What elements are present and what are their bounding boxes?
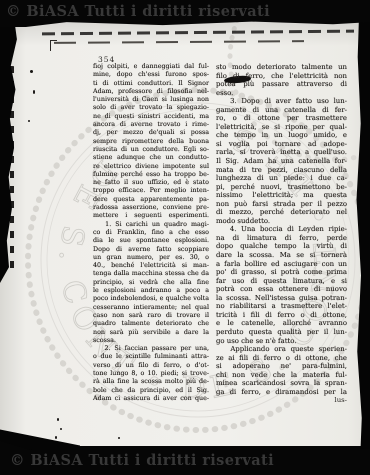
- scan-speck: [30, 70, 33, 73]
- text-line: mata di tre pezzi, ciascuno della: [216, 166, 347, 175]
- text-line: rà alla fine la scossa molto più de-: [93, 378, 209, 386]
- scanned-book-page: DE S. CONT ∙ DE S. CONT ∙ DE S. CONT ∙ 3…: [0, 0, 370, 475]
- scan-speck: [60, 428, 62, 430]
- text-line: gamente di una catenella di fer-: [216, 106, 347, 115]
- text-line: esso.: [216, 89, 347, 98]
- text-line: perduto questa qualità per il lun-: [216, 328, 347, 337]
- text-line: mettere i seguenti esperimenti.: [93, 212, 209, 220]
- text-line: 3. Dopo di aver fatto uso lun-: [216, 97, 347, 106]
- right-text-column: sto modo deteriorato talmente unfilo di …: [216, 63, 347, 396]
- text-line: principio, si vedrà che alla fine: [93, 279, 209, 287]
- copyright-notice-bottom: © BiASA Tutti i diritti riservati: [10, 452, 274, 469]
- text-line: pi, perché nuovi, trasmettono be-: [216, 183, 347, 192]
- text-line: sempre ripromettere della buona: [93, 138, 209, 146]
- scan-speck: [28, 120, 30, 122]
- text-line: verso di un filo di ferro, o d'ot-: [93, 362, 209, 370]
- text-line: o due le scintille fulminanti attra-: [93, 353, 209, 361]
- text-line: far uso di questa limatura, e si: [216, 277, 347, 286]
- text-line: 4. Una boccia di Leyden ripie-: [216, 225, 347, 234]
- text-line: caso non sarà raro di trovare il: [93, 312, 209, 320]
- text-line: Adam, professore di filosofia nel-: [93, 88, 209, 96]
- text-line: dia le sue spontanee esplosioni.: [93, 237, 209, 245]
- text-line: troppo efficace. Per meglio inten-: [93, 187, 209, 195]
- text-line: a farla bollire ed asciugare con un: [216, 260, 347, 269]
- text-line: cesseranno intieramente; nel qual: [93, 304, 209, 312]
- text-line: ze ai fili di ferro o di ottone, che: [216, 354, 347, 363]
- text-line: potea più passare attraverso di: [216, 80, 347, 89]
- text-line: dere questa apparentemente pa-: [93, 196, 209, 204]
- text-line: chi non vede che la materia ful-: [216, 371, 347, 380]
- text-line: minea scaricandosi sovra la spran-: [216, 379, 347, 388]
- text-line: Il Sig. Adam ha una catenella for-: [216, 157, 347, 166]
- text-line: tenga dalla macchina stessa che da: [93, 270, 209, 278]
- text-line: re elettrico diviene impotente sul: [93, 163, 209, 171]
- text-line: nissimo l'elettricità; ma questa: [216, 191, 347, 200]
- scan-speck: [55, 436, 57, 439]
- text-line: di mezzo, perché deteriorato nel: [216, 208, 347, 217]
- text-line: solo di aver trovato la spiegazio-: [93, 104, 209, 112]
- text-line: stiene adunque che un condutto-: [93, 154, 209, 162]
- text-line: Dopo di averne fatto scoppiare: [93, 246, 209, 254]
- text-line: filo di ferro, che l'elettricità non: [216, 72, 347, 81]
- copyright-notice-top: © BiASA Tutti i diritti riservati: [6, 3, 270, 20]
- scan-speck: [33, 90, 35, 94]
- text-line: potrà con essa ottenere di nuovo: [216, 285, 347, 294]
- text-line: Adam ci assicura di aver con que-: [93, 395, 209, 403]
- text-line: non può farsi strada per il pezzo: [216, 200, 347, 209]
- text-line: sto modo deteriorato talmente un: [216, 63, 347, 72]
- text-line: 1. Si carichi un quadro magi-: [93, 221, 209, 229]
- text-line: dj, per mezzo de'quali si possa: [93, 129, 209, 137]
- text-line: fulmine perché esso ha troppo be-: [93, 171, 209, 179]
- text-line: po' di grasso, si potrà come prima: [216, 268, 347, 277]
- text-line: ne di questi sinistri accidenti, ma: [93, 113, 209, 121]
- text-line: e le catenelle, allorché avranno: [216, 319, 347, 328]
- text-line: mine, dopo ch'essi furono spos-: [93, 71, 209, 79]
- scan-speck: [118, 437, 120, 439]
- text-line: non sarà più servibile a dare la scossa.: [93, 329, 209, 346]
- text-line: lunghezza di un piede: i due ca-: [216, 174, 347, 183]
- catchword: lus-: [216, 396, 347, 404]
- text-line: no riabilitarsi a trasmettere l'elet-: [216, 302, 347, 311]
- text-line: dare la scossa. Ma se si tornerà: [216, 251, 347, 260]
- text-line: si adoperano ne' para-fulmini,: [216, 362, 347, 371]
- text-line: rarla, si troverà inetta a quell'uso.: [216, 148, 347, 157]
- text-line: go uso che se n'è fatto.: [216, 337, 347, 346]
- text-line: ti di ottimi conduttori. Il Signor: [93, 80, 209, 88]
- text-line: quadro talmente deteriorato che: [93, 320, 209, 328]
- text-line: che tempo in un luogo umido, e: [216, 131, 347, 140]
- text-line: un gran numero, per es. 30, o: [93, 254, 209, 262]
- text-line: poco indebolendosi, e qualche volta: [93, 295, 209, 303]
- text-line: Applicando ora queste sperien-: [216, 345, 347, 354]
- scan-speck: [57, 418, 59, 421]
- text-line: bole che da principio, ed il Sig.: [93, 387, 209, 395]
- text-line: co di Franklin, fino a che esso: [93, 229, 209, 237]
- left-text-column: fioj colpiti, e danneggiati dal ful-mine…: [93, 63, 209, 403]
- scan-artifact-bracket: [50, 40, 57, 51]
- text-line: ro, o di ottone per trasmettere: [216, 114, 347, 123]
- text-line: dopo qualche tempo la virtù di: [216, 242, 347, 251]
